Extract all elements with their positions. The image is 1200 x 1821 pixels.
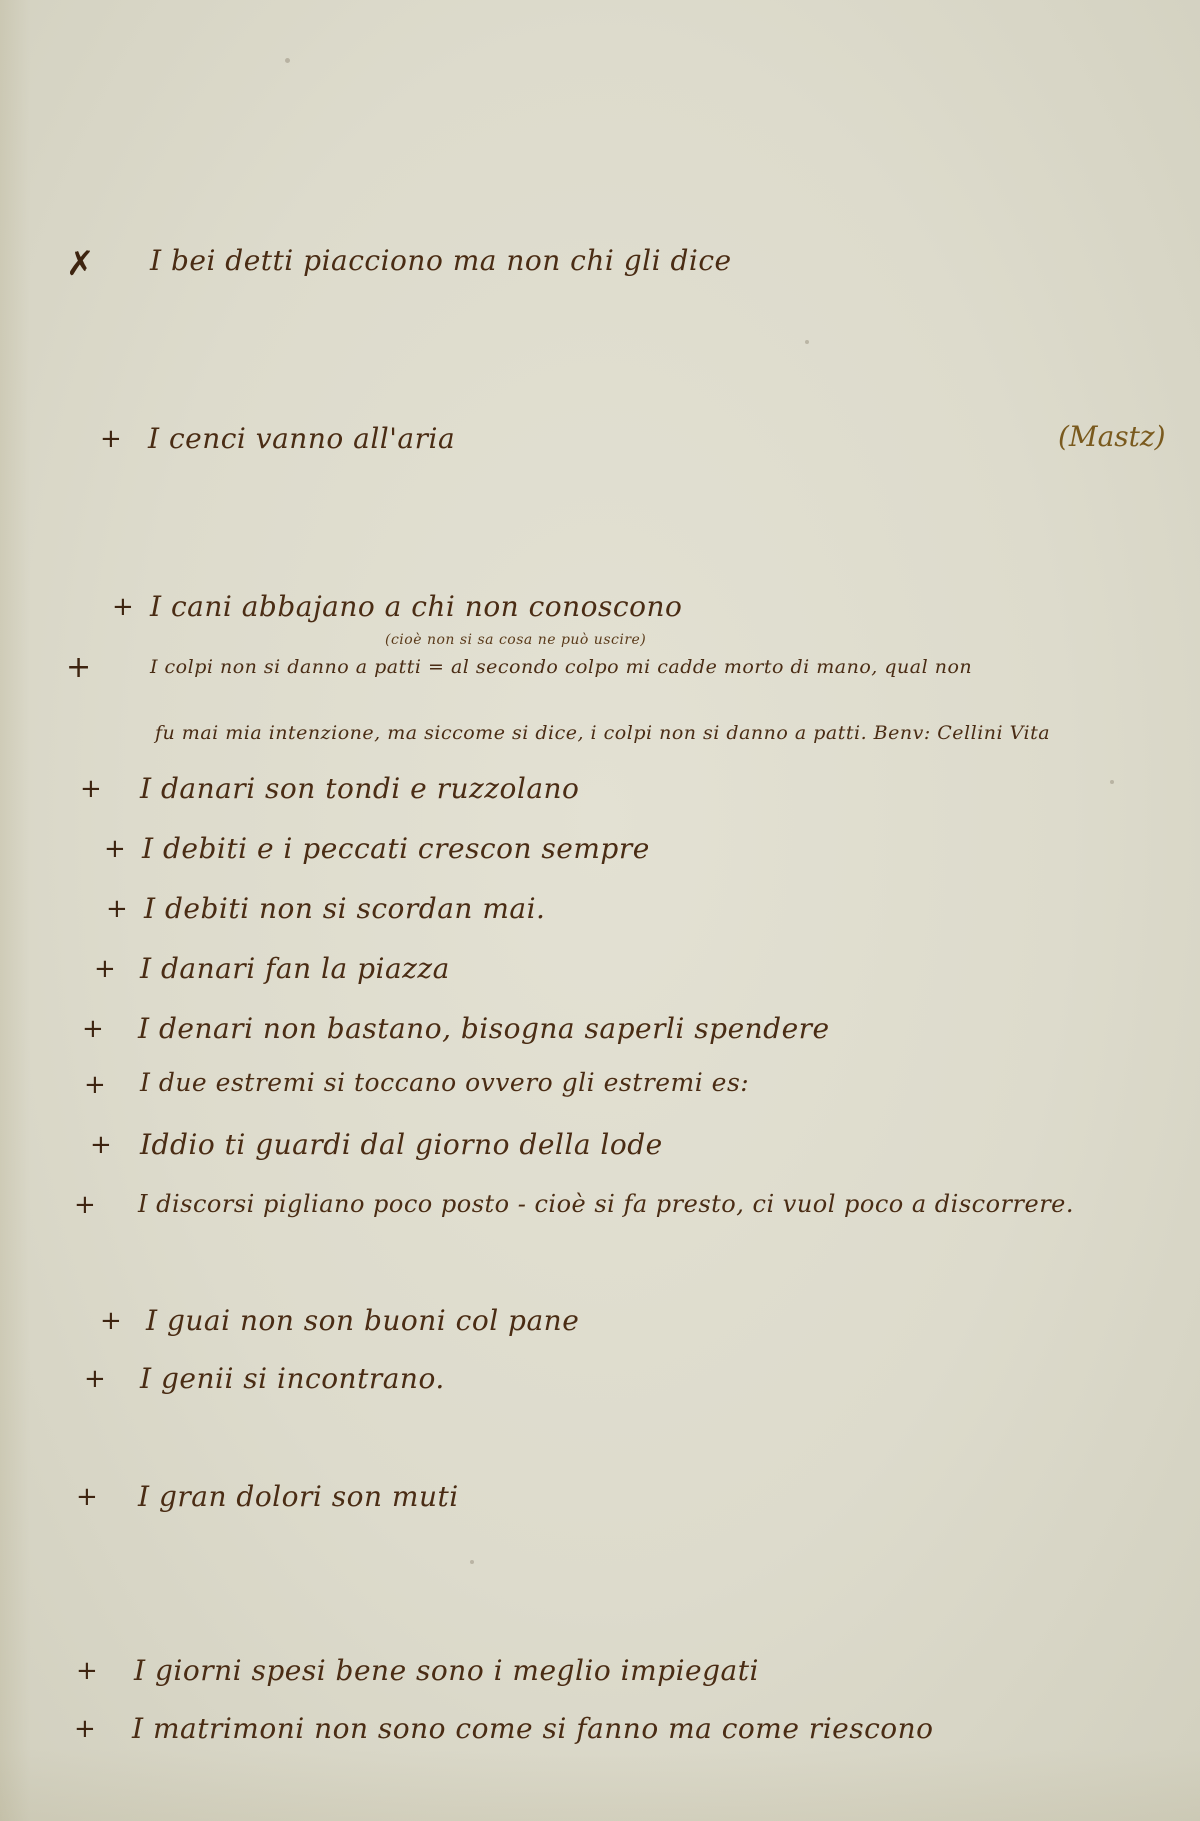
plus-mark: +	[74, 1714, 96, 1744]
plus-mark: +	[100, 424, 122, 454]
proverb-line: I matrimoni non sono come si fanno ma co…	[132, 1712, 934, 1745]
paper-speck	[1110, 780, 1114, 784]
paper-speck	[805, 340, 809, 344]
proverb-line: I bei detti piacciono ma non chi gli dic…	[150, 244, 732, 277]
interlinear-note: (cioè non si sa cosa ne può uscire)	[385, 632, 646, 648]
plus-mark: +	[84, 1364, 106, 1394]
plus-mark: +	[82, 1014, 104, 1044]
proverb-line: I guai non son buoni col pane	[146, 1304, 579, 1337]
proverb-line: I gran dolori son muti	[138, 1480, 459, 1513]
plus-mark: +	[66, 650, 91, 685]
paper-speck	[470, 1560, 474, 1564]
paper-speck	[285, 58, 290, 63]
proverb-line: I genii si incontrano.	[140, 1362, 445, 1395]
proverb-line: I debiti e i peccati crescon sempre	[142, 832, 650, 865]
proverb-line: I cani abbajano a chi non conoscono	[150, 590, 682, 623]
proverb-line: I discorsi pigliano poco posto - cioè si…	[138, 1190, 1074, 1218]
plus-mark: +	[84, 1070, 106, 1100]
plus-mark: +	[94, 954, 116, 984]
proverb-line: I danari son tondi e ruzzolano	[140, 772, 579, 805]
proverb-line: I cenci vanno all'aria	[148, 422, 455, 455]
plus-mark: +	[90, 1130, 112, 1160]
margin-note: (Mastz)	[1058, 420, 1166, 453]
proverb-line: I giorni spesi bene sono i meglio impieg…	[134, 1654, 759, 1687]
proverb-line: I denari non bastano, bisogna saperli sp…	[138, 1012, 830, 1045]
proverb-line: I colpi non si danno a patti = al second…	[150, 656, 972, 678]
proverb-line: Iddio ti guardi dal giorno della lode	[140, 1128, 663, 1161]
plus-mark: +	[100, 1306, 122, 1336]
proverb-continuation: fu mai mia intenzione, ma siccome si dic…	[155, 722, 1050, 744]
plus-mark: +	[104, 834, 126, 864]
proverb-line: I danari fan la piazza	[140, 952, 450, 985]
plus-mark: +	[80, 774, 102, 804]
plus-mark: +	[76, 1656, 98, 1686]
plus-mark: +	[112, 592, 134, 622]
cross-mark: ✗	[66, 244, 95, 284]
proverb-line: I debiti non si scordan mai.	[144, 892, 545, 925]
plus-mark: +	[76, 1482, 98, 1512]
plus-mark: +	[74, 1190, 96, 1220]
proverb-line: I due estremi si toccano ovvero gli estr…	[140, 1068, 749, 1097]
manuscript-page: ✗ I bei detti piacciono ma non chi gli d…	[0, 0, 1200, 1821]
plus-mark: +	[106, 894, 128, 924]
